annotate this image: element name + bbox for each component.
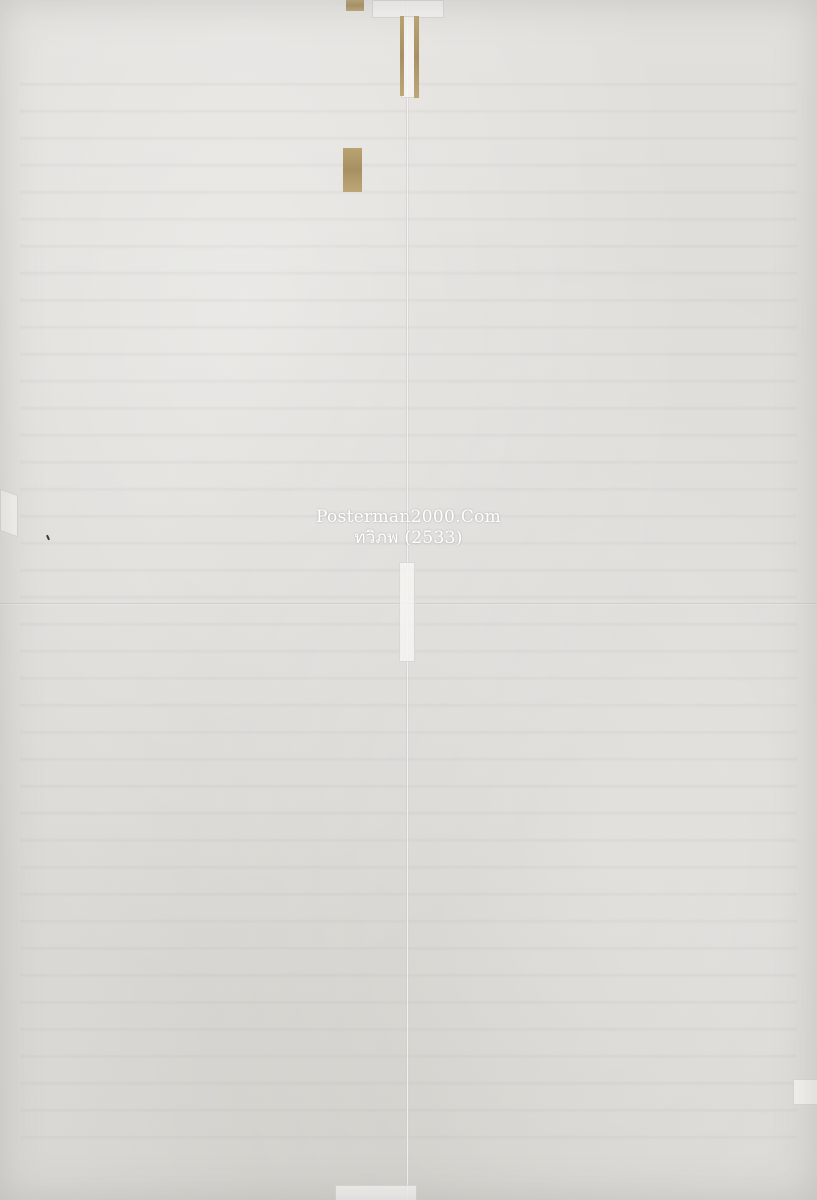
watermark-title-year: ทวิภพ (2533) xyxy=(0,528,817,548)
clear-tape-bottom-right xyxy=(793,1079,817,1105)
tape-mark-top-left xyxy=(346,0,364,11)
watermark-site-name: Posterman2000.Com xyxy=(0,507,817,527)
poster-back-photo: Posterman2000.Com ทวิภพ (2533) xyxy=(0,0,817,1200)
tape-mark-top-strip-right xyxy=(414,16,419,98)
tape-mark-top-strip-left xyxy=(400,16,404,96)
tape-mark-small-rect xyxy=(343,148,362,192)
clear-tape-center xyxy=(399,562,415,662)
clear-tape-bottom-center xyxy=(335,1185,417,1200)
